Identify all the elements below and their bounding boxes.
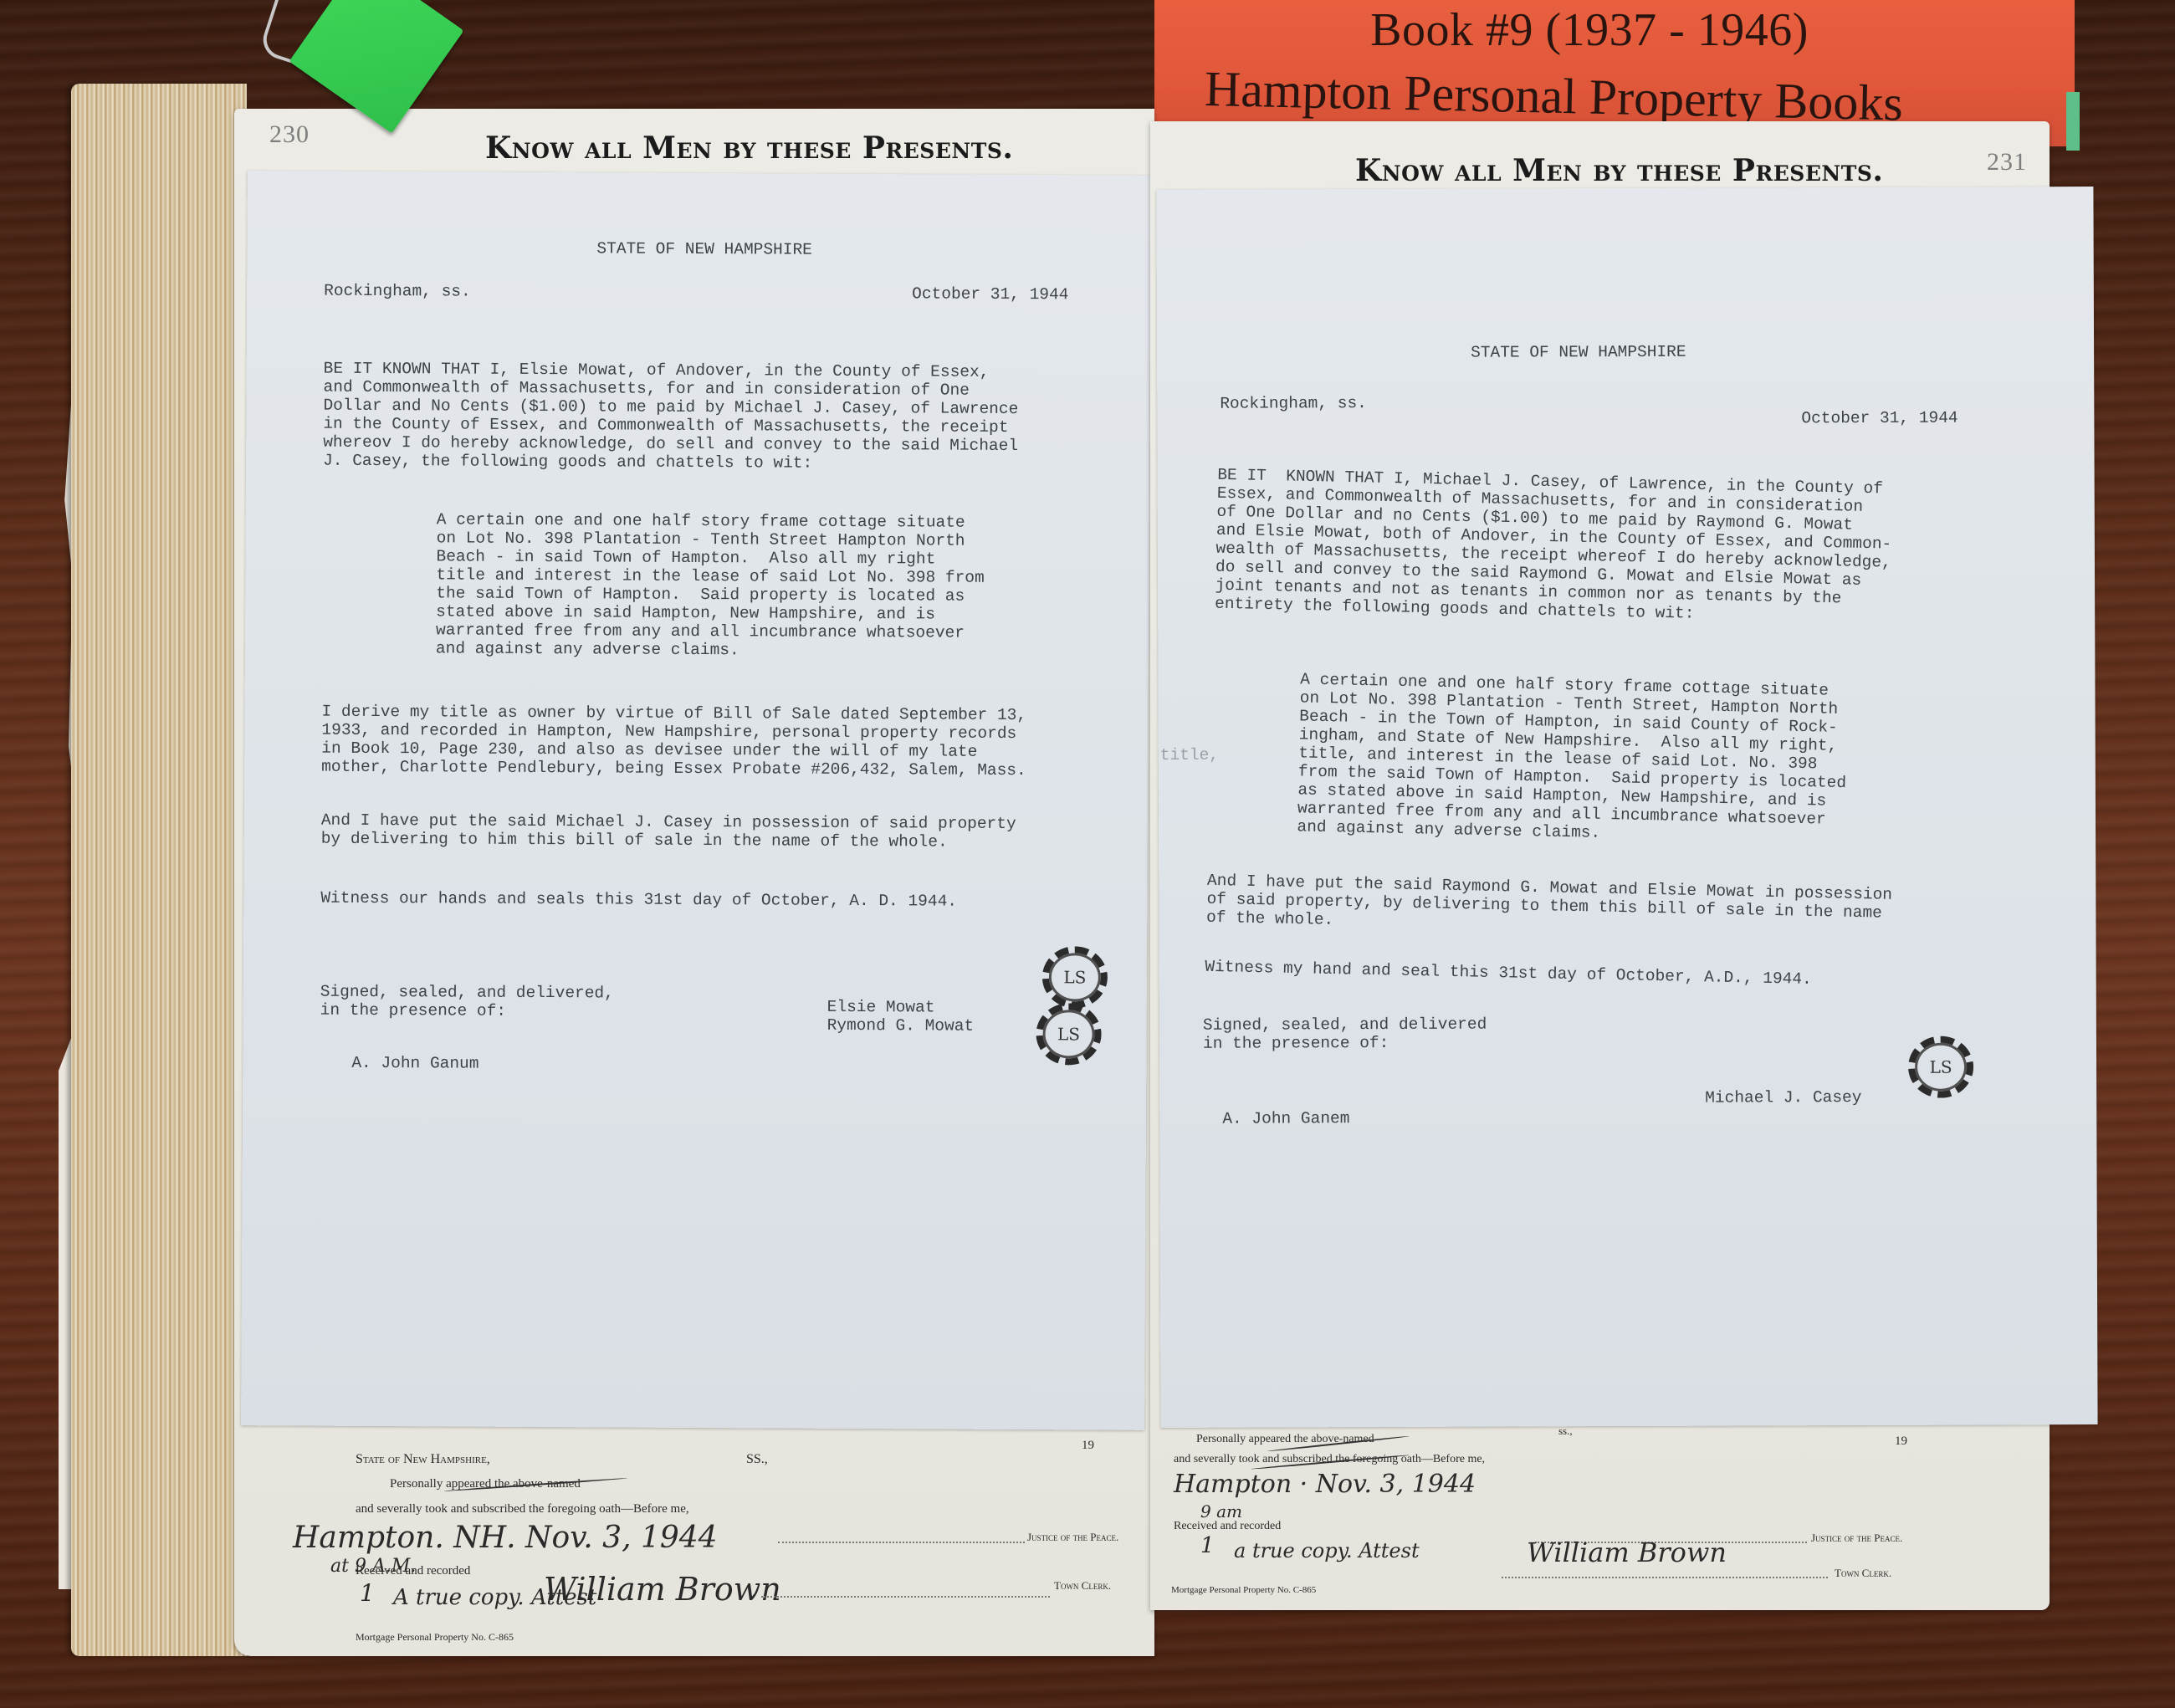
typed-property-description: A certain one and one half story frame c… (1297, 670, 1848, 847)
typed-property-description: A certain one and one half story frame c… (436, 510, 985, 660)
witness-name: A. John Ganem (1222, 1109, 1349, 1128)
seal-icon: LS (1042, 946, 1108, 1008)
form-number: Mortgage Personal Property No. C-865 (356, 1631, 514, 1644)
page-number: 231 (1987, 148, 2027, 176)
handwritten-number: 1 (1200, 1533, 1215, 1558)
typed-para-conveyance: BE IT KNOWN THAT I, Michael J. Casey, of… (1215, 466, 1893, 627)
form-received: Received and recorded (1174, 1520, 1281, 1533)
form-oath: and severally took and subscribed the fo… (1174, 1453, 1485, 1466)
form-year: 19 (1895, 1434, 1907, 1449)
acknowledgment-form: State of New Hampshire, SS., 19 Personal… (234, 1430, 1154, 1648)
page-stack-edge (71, 84, 247, 1656)
handwritten-time: 9 am (1200, 1501, 1242, 1521)
typed-bill-of-sale-right: STATE OF NEW HAMPSHIRE Rockingham, ss. O… (1156, 187, 2097, 1428)
seal-icon: LS (1036, 1003, 1101, 1065)
typed-title-derivation: I derive my title as owner by virtue of … (321, 703, 1026, 780)
form-town-clerk: Town Clerk. (1835, 1567, 1891, 1580)
clerk-signature: William Brown (544, 1571, 781, 1608)
form-number: Mortgage Personal Property No. C-865 (1171, 1585, 1316, 1595)
typed-para-conveyance: BE IT KNOWN THAT I, Elsie Mowat, of Ando… (323, 360, 1019, 473)
typed-signed-line1: Signed, sealed, and delivered (1203, 1015, 1487, 1035)
clerk-signature: William Brown (1527, 1537, 1727, 1568)
form-ss: ss., (1558, 1424, 1573, 1438)
book-label-title: Book #9 (1937 - 1946) (1129, 3, 2050, 57)
typed-bill-of-sale-left: STATE OF NEW HAMPSHIRE Rockingham, ss. O… (241, 171, 1151, 1430)
form-oath: and severally took and subscribed the fo… (356, 1502, 689, 1516)
seal-icon: LS (1908, 1036, 1973, 1098)
typed-witness-clause: Witness our hands and seals this 31st da… (320, 889, 957, 911)
form-justice: Justice of the Peace. (1027, 1531, 1118, 1544)
page-number: 230 (269, 120, 310, 149)
handwritten-place-date: Hampton · Nov. 3, 1944 (1174, 1470, 1476, 1499)
form-state: State of New Hampshire, (356, 1452, 490, 1467)
typed-witness-clause: Witness my hand and seal this 31st day o… (1205, 958, 1812, 989)
form-appeared: Personally appeared the above-named (1196, 1433, 1374, 1446)
handwritten-place-date: Hampton. NH. Nov. 3, 1944 (293, 1521, 718, 1555)
typed-possession: And I have put the said Michael J. Casey… (321, 811, 1016, 851)
handwritten-attest: a true copy. Attest (1234, 1539, 1420, 1562)
typed-date: October 31, 1944 (1801, 409, 1957, 428)
signer-name: Michael J. Casey (1705, 1088, 1861, 1107)
typed-state: STATE OF NEW HAMPSHIRE (596, 239, 812, 258)
form-received: Received and recorded (356, 1564, 470, 1578)
typed-ghost-text: title, (1160, 746, 1229, 765)
form-year: 19 (1082, 1439, 1094, 1453)
typed-signed-line2: in the presence of: (1203, 1034, 1389, 1053)
handwritten-number: 1 (360, 1579, 375, 1607)
typed-signed-line1: Signed, sealed, and delivered, (320, 983, 614, 1003)
typed-signed-line2: in the presence of: (320, 1001, 506, 1020)
typed-state: STATE OF NEW HAMPSHIRE (1471, 343, 1686, 362)
form-justice: Justice of the Peace. (1811, 1532, 1902, 1545)
page-header: Know all Men by these Presents. (485, 130, 1013, 166)
signer-name: Rymond G. Mowat (827, 1016, 975, 1036)
typed-possession: And I have put the said Raymond G. Mowat… (1206, 872, 1892, 941)
typed-date: October 31, 1944 (912, 284, 1068, 304)
page-header: Know all Men by these Presents. (1355, 153, 1883, 188)
form-town-clerk: Town Clerk. (1054, 1579, 1111, 1593)
typed-county: Rockingham, ss. (324, 282, 471, 301)
form-ss: SS., (746, 1452, 768, 1467)
green-tab-marker (2066, 92, 2080, 151)
witness-name: A. John Ganum (351, 1054, 478, 1073)
typed-county: Rockingham, ss. (1220, 394, 1367, 413)
signer-name: Elsie Mowat (827, 998, 935, 1017)
